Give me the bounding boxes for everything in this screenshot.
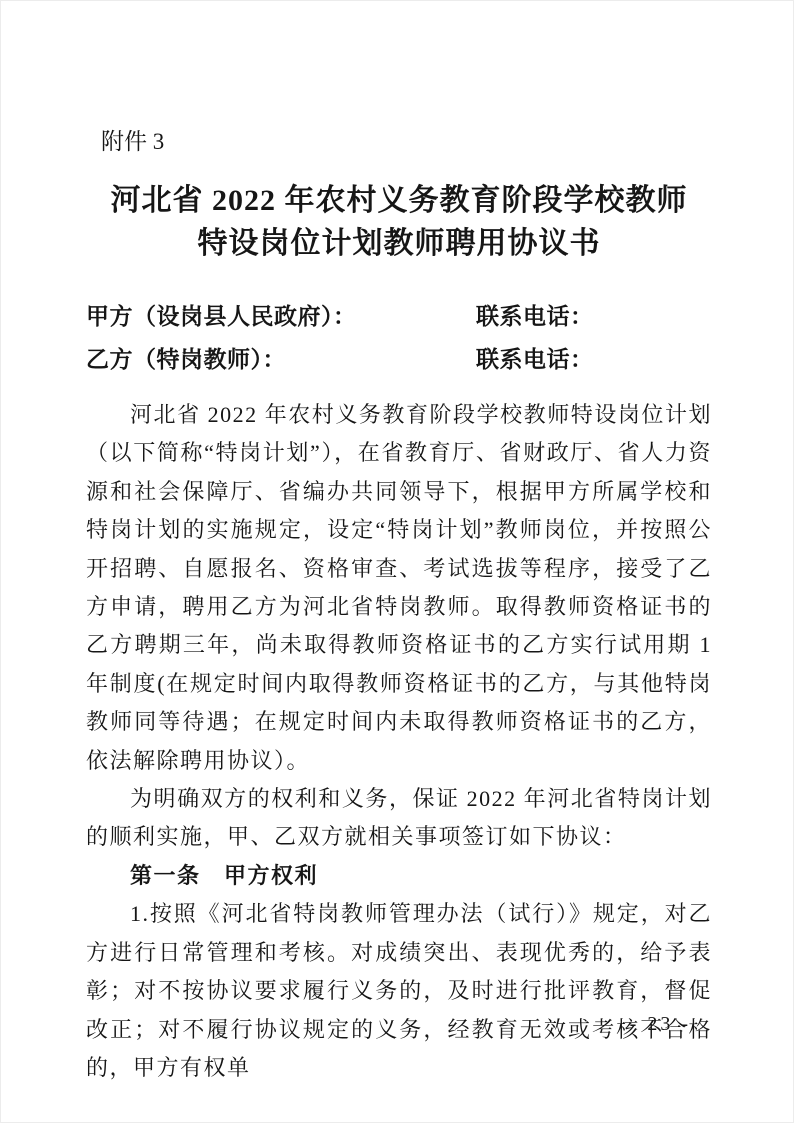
document-page: 附件 3 河北省 2022 年农村义务教育阶段学校教师 特设岗位计划教师聘用协议… [0,0,794,1123]
document-content: 附件 3 河北省 2022 年农村义务教育阶段学校教师 特设岗位计划教师聘用协议… [86,1,712,1087]
attachment-label: 附件 3 [101,1,712,157]
page-number: - 23 - [630,1013,691,1036]
party-b-phone-label: 联系电话： [476,344,712,376]
document-title-line-2: 特设岗位计划教师聘用协议书 [86,222,712,265]
paragraph-clause-1: 1.按照《河北省特岗教师管理办法（试行）》规定，对乙方进行日常管理和考核。对成绩… [86,895,712,1087]
party-a-label: 甲方（设岗县人民政府）： [86,301,476,333]
paragraph-purpose: 为明确双方的权利和义务，保证 2022 年河北省特岗计划的顺利实施，甲、乙双方就… [86,780,712,857]
party-b-label: 乙方（特岗教师）： [86,344,476,376]
party-a-row: 甲方（设岗县人民政府）： 联系电话： [86,301,712,333]
party-b-row: 乙方（特岗教师）： 联系电话： [86,344,712,376]
paragraph-intro: 河北省 2022 年农村义务教育阶段学校教师特设岗位计划（以下简称“特岗计划”）… [86,396,712,780]
document-title: 河北省 2022 年农村义务教育阶段学校教师 特设岗位计划教师聘用协议书 [86,179,712,265]
party-a-phone-label: 联系电话： [476,301,712,333]
section-1-heading: 第一条 甲方权利 [86,857,712,895]
document-title-line-1: 河北省 2022 年农村义务教育阶段学校教师 [86,179,712,222]
